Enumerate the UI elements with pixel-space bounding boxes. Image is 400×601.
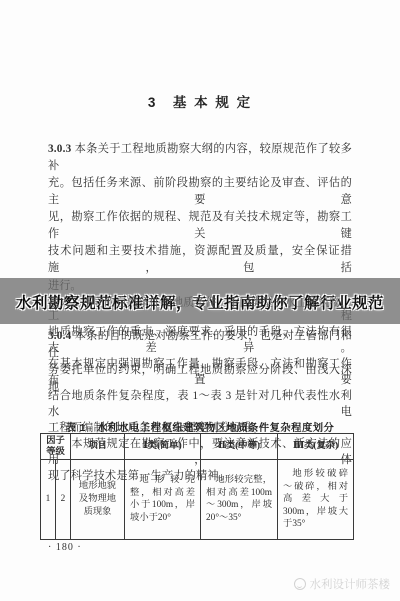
geology-complexity-table: 因子等级 项目 Ⅰ类(简单) Ⅱ类(中等) Ⅲ类(复杂) 1 2 地形地貌及物理… <box>40 433 354 540</box>
paragraph-text: 本条关于工程地质勘察大纲的内容，较原规范作了较多补 <box>48 143 352 172</box>
paragraph-line: 在基本规定中强调勘察工作量、勘察手段、方法和勘察工作布置要 <box>48 356 352 388</box>
headline-overlay-band: 进行。 水利勘察规范标准详解，专业指南助你了解行业规范 很大。不同的自然条件和地… <box>0 278 400 324</box>
section-number-3-0-3: 3.0.3 <box>48 143 71 155</box>
paragraph-3-0-3-first-line: 3.0.3 本条关于工程地质勘察大纲的内容，较原规范作了较多补 <box>48 141 352 175</box>
table-row: 1 2 地形地貌及物理地质现象 地形较完整，相对高差小于100m，岸坡小于20°… <box>41 460 354 540</box>
cell-factor-1: 1 <box>41 460 56 540</box>
paragraph-line: 结合地质条件复杂程度，表 1～表 3 是针对几种代表性水利水电 <box>48 388 352 420</box>
chapter-title: 3 基 本 规 定 <box>0 91 400 111</box>
cell-factor-2: 2 <box>56 460 71 540</box>
cell-item: 地形地貌及物理地质现象 <box>71 460 125 540</box>
page-number: · 180 · <box>48 542 82 553</box>
cell-class2-desc: 地形较完整，相对高差100m～300m，岸坡20°～35° <box>201 460 278 540</box>
header-class2-medium: Ⅱ类(中等) <box>201 434 278 460</box>
watermark-logo-icon <box>294 578 306 590</box>
header-class3-complex: Ⅲ类(复杂) <box>278 434 354 460</box>
paragraph-line: 见，勘察工作依据的规程、规范及有关技术规定等，勘察工作关键 <box>48 209 352 243</box>
paragraph-line: 技术问题和主要技术措施，资源配置及质量，安全保证措施，包括 <box>48 243 352 277</box>
cell-class3-desc: 地形较破碎～破碎，相对高差大于300m，岸坡大于35° <box>278 460 354 540</box>
cell-class1-desc: 地形较完整，相对高差小于100m，岸坡小于20° <box>125 460 201 540</box>
header-item: 项目 <box>71 434 125 460</box>
table-title: 表 1 水利水电工程枢纽建筑物区地质条件复杂程度划分 <box>0 419 400 434</box>
covered-text-line-under-band: 很大。不同的自然条件和地质条件，不同类型的水工建筑物，工程 <box>48 297 352 323</box>
header-factor-grade: 因子等级 <box>41 434 71 460</box>
watermark-label: 水利设计师茶楼 <box>310 576 391 592</box>
paragraph-line: 充。包括任务来源、前阶段勘察的主要结论及审查、评估的主要意 <box>48 175 352 209</box>
table-header-row: 因子等级 项目 Ⅰ类(简单) Ⅱ类(中等) Ⅲ类(复杂) <box>41 434 354 460</box>
header-class1-simple: Ⅰ类(简单) <box>125 434 201 460</box>
paragraph-line: 地质勘察工作的重点、深度要求、采用的手段、方法均有很大差异。 <box>48 324 352 356</box>
scanned-document-page: 3 基 本 规 定 3.0.3 本条关于工程地质勘察大纲的内容，较原规范作了较多… <box>0 0 400 601</box>
watermark: 水利设计师茶楼 <box>294 576 391 592</box>
